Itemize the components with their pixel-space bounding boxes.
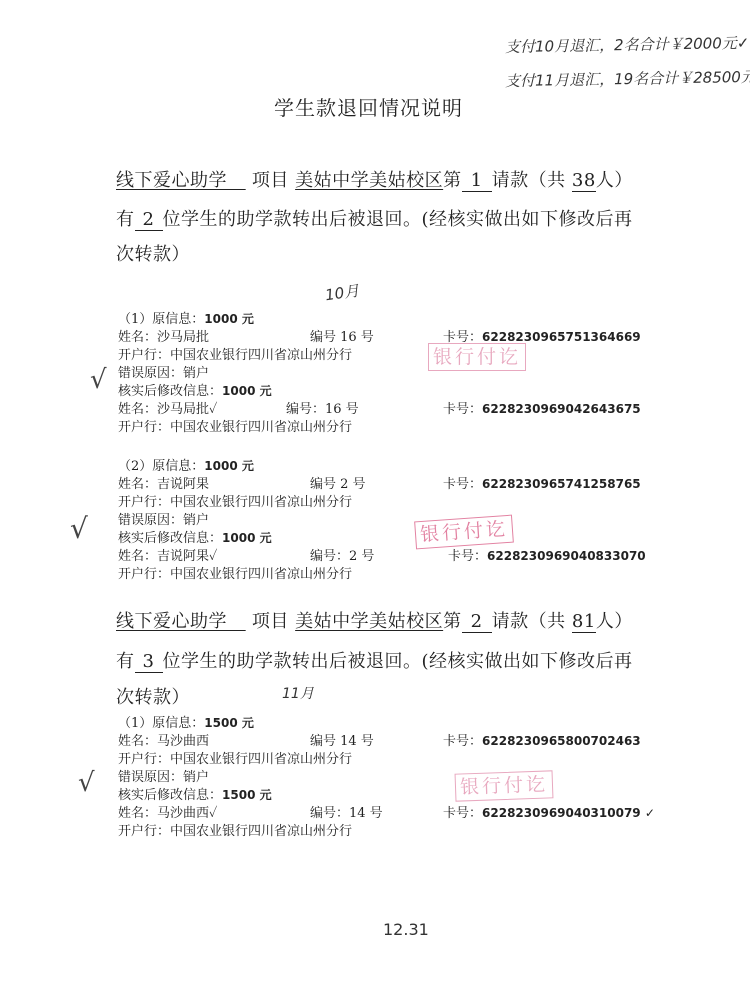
handwritten-note-line2: 支付11月退汇，19名合计￥28500元 <box>505 66 750 91</box>
total-suffix: 人） <box>596 170 633 191</box>
entry-1-2-orig-label: （2）原信息：1000 元 <box>118 455 254 474</box>
entry-1-1-new-id: 编号：16 号 <box>286 398 359 417</box>
section-1-header-line1: 线下爱心助学 项目 美姑中学美姑校区第1请款（共 38人） <box>116 166 633 192</box>
entry-2-1-new-card: 卡号：6228230969040310079 ✓ <box>443 802 655 821</box>
section-1-header-line2: 有2位学生的助学款转出后被退回。(经核实做出如下修改后再 <box>116 205 633 231</box>
batch-prefix: 第 <box>443 170 462 191</box>
entry-1-1-error: 错误原因：销户 <box>118 362 209 381</box>
entry-2-1-new-bank: 开户行：中国农业银行四川省凉山州分行 <box>118 820 352 839</box>
section-2-header-line2: 有3位学生的助学款转出后被退回。(经核实做出如下修改后再 <box>116 647 633 673</box>
returned-count: 2 <box>135 210 163 231</box>
entry-1-1-new-bank: 开户行：中国农业银行四川省凉山州分行 <box>118 416 352 435</box>
handwritten-month-nov: 11月 <box>282 683 314 703</box>
entry-2-1-orig-id: 编号 14 号 <box>310 730 374 749</box>
check-mark-icon: √ <box>90 365 107 395</box>
entry-1-1-orig-label: （1）原信息：1000 元 <box>118 308 254 327</box>
entry-2-1-bank: 开户行：中国农业银行四川省凉山州分行 <box>118 748 352 767</box>
batch-suffix: 请款（共 <box>492 170 566 191</box>
entry-1-2-orig-card: 卡号：6228230965741258765 <box>443 473 641 492</box>
batch-number: 1 <box>462 171 492 192</box>
entry-1-1-new-name: 姓名：沙马局批✓ <box>118 398 217 417</box>
returned-prefix: 有 <box>116 209 135 230</box>
entry-1-2-bank: 开户行：中国农业银行四川省凉山州分行 <box>118 491 352 510</box>
bank-paid-stamp: 银行付讫 <box>455 770 554 801</box>
section-2-header-line3: 次转款） <box>116 683 190 709</box>
project-name: 线下爱心助学 <box>116 170 227 191</box>
section-2-header-line1: 线下爱心助学 项目 美姑中学美姑校区第2请款（共 81人） <box>116 607 633 633</box>
entry-2-1-new-id: 编号：14 号 <box>310 802 383 821</box>
entry-2-1-orig-label: （1）原信息：1500 元 <box>118 712 254 731</box>
handwritten-month-oct: 10月 <box>324 280 361 306</box>
batch-number: 2 <box>462 612 492 633</box>
check-mark-icon: √ <box>78 768 95 798</box>
entry-1-2-orig-name: 姓名：吉说阿果 <box>118 473 209 492</box>
entry-1-2-orig-id: 编号 2 号 <box>310 473 366 492</box>
document-title: 学生款退回情况说明 <box>274 92 463 121</box>
handwritten-date: 12.31 <box>383 920 429 939</box>
entry-1-2-new-name: 姓名：吉说阿果✓ <box>118 545 217 564</box>
entry-1-2-error: 错误原因：销户 <box>118 509 209 528</box>
total-people: 81 <box>572 612 596 633</box>
handwritten-note-line1: 支付10月退汇，2名合计￥2000元✓ <box>505 32 750 57</box>
project-label: 项目 <box>252 170 289 191</box>
entry-2-1-orig-card: 卡号：6228230965800702463 <box>443 730 641 749</box>
entry-1-1-new-label: 核实后修改信息：1000 元 <box>118 380 272 399</box>
entry-1-2-new-id: 编号：2 号 <box>310 545 374 564</box>
returned-text: 位学生的助学款转出后被退回。(经核实做出如下修改后再 <box>163 209 633 230</box>
school-name: 美姑中学美姑校区 <box>295 170 443 191</box>
entry-1-1-bank: 开户行：中国农业银行四川省凉山州分行 <box>118 344 352 363</box>
section-1-header-line3: 次转款） <box>116 240 190 266</box>
entry-1-1-orig-id: 编号 16 号 <box>310 326 374 345</box>
check-mark-icon: √ <box>70 512 88 545</box>
entry-1-2-new-label: 核实后修改信息：1000 元 <box>118 527 272 546</box>
entry-2-1-orig-name: 姓名：马沙曲西 <box>118 730 209 749</box>
bank-paid-stamp: 银行付讫 <box>428 343 526 371</box>
entry-1-1-orig-name: 姓名：沙马局批 <box>118 326 209 345</box>
returned-count: 3 <box>135 652 163 673</box>
entry-2-1-new-name: 姓名：马沙曲西✓ <box>118 802 217 821</box>
entry-1-2-new-bank: 开户行：中国农业银行四川省凉山州分行 <box>118 563 352 582</box>
entry-2-1-error: 错误原因：销户 <box>118 766 209 785</box>
entry-2-1-new-label: 核实后修改信息：1500 元 <box>118 784 272 803</box>
total-people: 38 <box>572 171 596 192</box>
entry-1-1-new-card: 卡号：6228230969042643675 <box>443 398 641 417</box>
entry-1-2-new-card: 卡号：6228230969040833070 <box>448 545 646 564</box>
